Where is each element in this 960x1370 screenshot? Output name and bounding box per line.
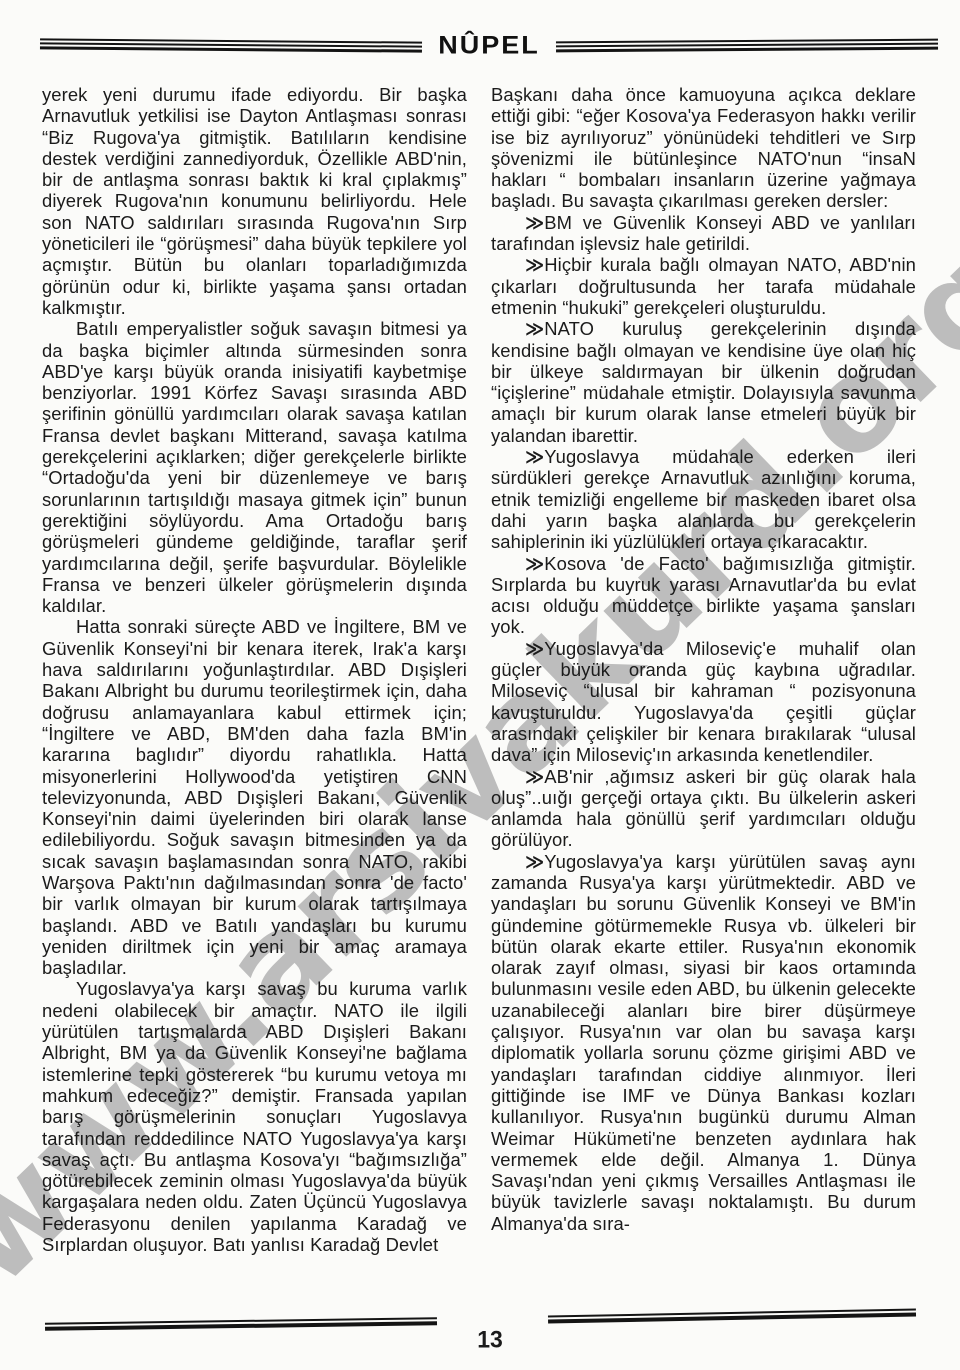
masthead-rule-right: [556, 37, 938, 55]
paragraph: Hatta sonraki süreçte ABD ve İngiltere, …: [42, 616, 467, 978]
bullet-paragraph: ≫Hiçbir kurala bağlı olmayan NATO, ABD'n…: [491, 254, 916, 318]
bullet-paragraph: ≫BM ve Güvenlik Konseyi ABD ve yanlıları…: [491, 212, 916, 255]
bullet-paragraph: ≫AB'nir ,ağımsız askeri bir güç olarak h…: [491, 766, 916, 851]
paragraph: Batılı emperyalistler soğuk savaşın bitm…: [42, 318, 467, 616]
bullet-paragraph: ≫Kosova 'de Facto' bağımısızlığa gitmişt…: [491, 553, 916, 638]
bullet-paragraph: ≫Yugoslavya'da Miloseviç'e muhalif olan …: [491, 638, 916, 766]
masthead-rule-left: [40, 36, 422, 54]
double-arrow-bullet-icon: ≫: [525, 638, 542, 659]
paragraph: yerek yeni durumu ifade ediyordu. Bir ba…: [42, 84, 467, 318]
bullet-paragraph: ≫Yugoslavya müdahale ederken ileri sürdü…: [491, 446, 916, 552]
double-arrow-bullet-icon: ≫: [525, 553, 542, 574]
double-arrow-bullet-icon: ≫: [525, 851, 542, 872]
article-body: yerek yeni durumu ifade ediyordu. Bir ba…: [42, 84, 916, 1318]
double-arrow-bullet-icon: ≫: [525, 212, 542, 233]
masthead: NÛPEL: [40, 30, 938, 61]
masthead-title: NÛPEL: [438, 31, 540, 60]
double-arrow-bullet-icon: ≫: [525, 254, 542, 275]
paragraph: Yugoslavya'ya karşı savaş bu kuruma varl…: [42, 978, 467, 1255]
bullet-paragraph: ≫NATO kuruluş gerekçelerinin dışında ken…: [491, 318, 916, 446]
page-number: 13: [462, 1325, 518, 1353]
bullet-paragraph: ≫Yugoslavya'ya karşı yürütülen savaş ayn…: [491, 851, 916, 1234]
paragraph: Başkanı daha önce kamuoyuna açıkca dekla…: [491, 84, 916, 212]
double-arrow-bullet-icon: ≫: [525, 766, 542, 787]
column-left: yerek yeni durumu ifade ediyordu. Bir ba…: [42, 84, 467, 1318]
double-arrow-bullet-icon: ≫: [525, 318, 542, 339]
double-arrow-bullet-icon: ≫: [525, 446, 542, 467]
column-right: Başkanı daha önce kamuoyuna açıkca dekla…: [491, 84, 916, 1318]
magazine-page: www.arsivakurd.org NÛPEL yerek yeni duru…: [0, 0, 960, 1370]
